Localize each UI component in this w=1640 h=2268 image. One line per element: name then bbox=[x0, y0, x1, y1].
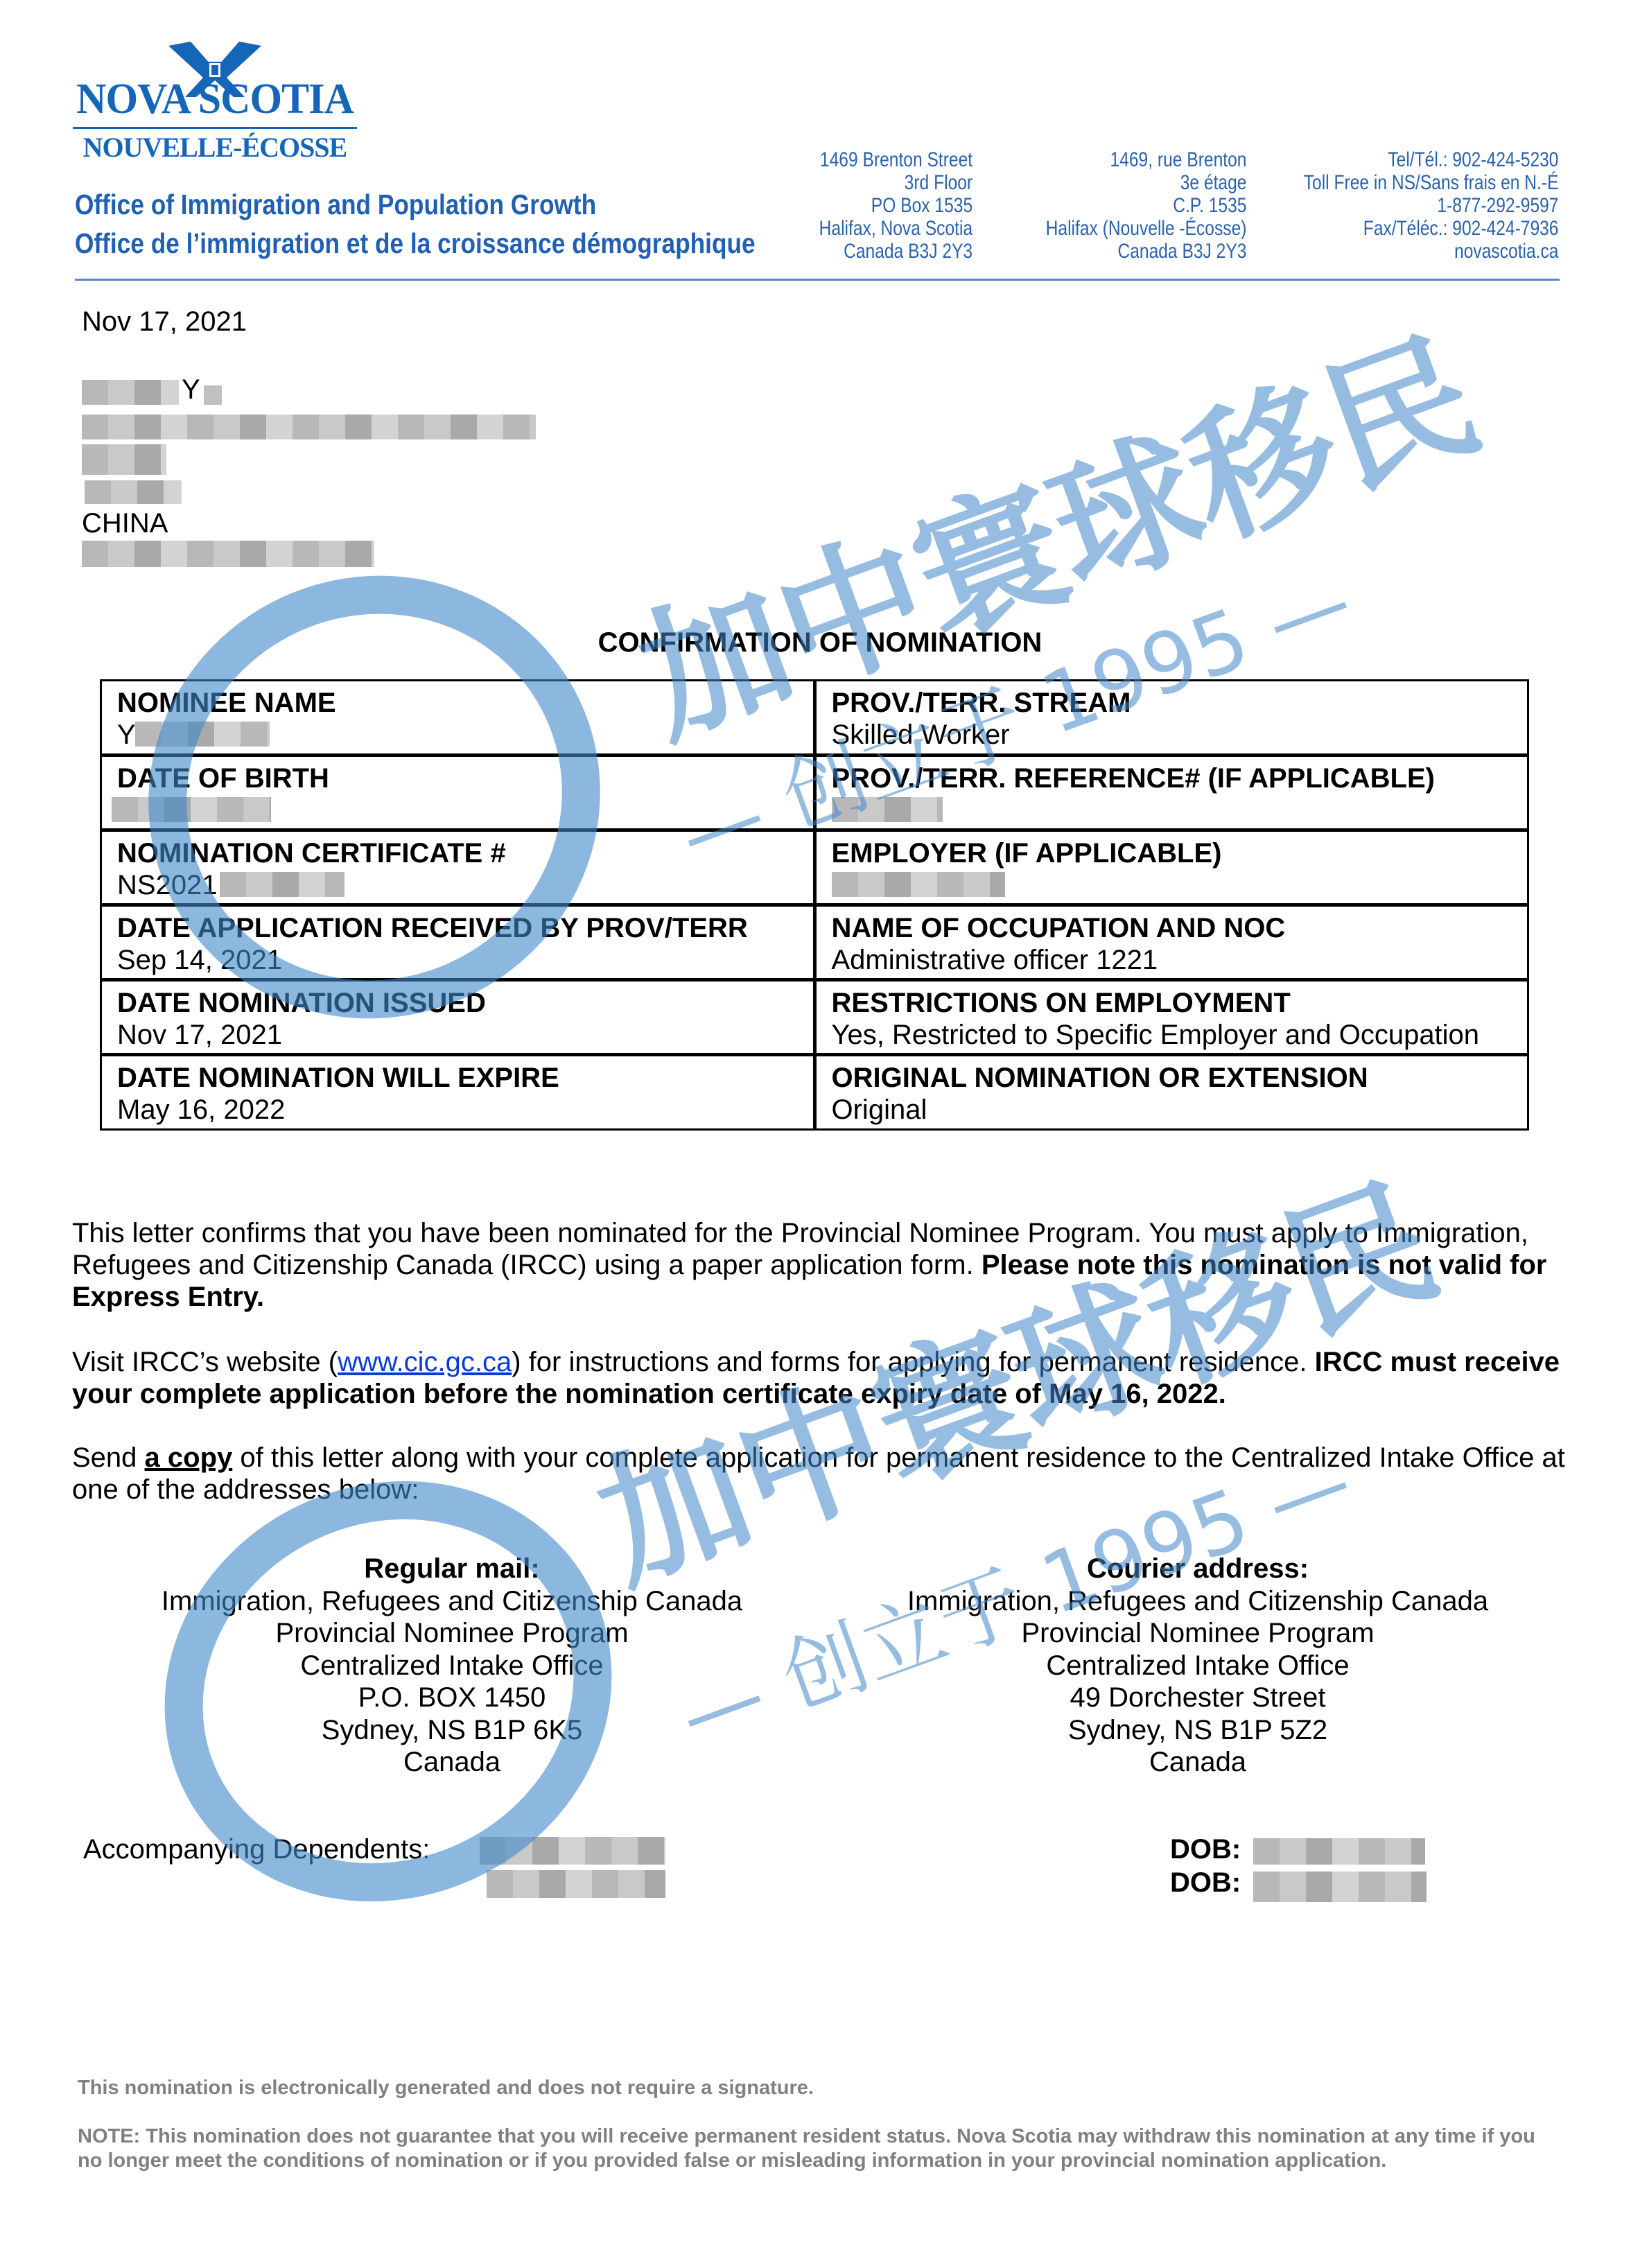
contact-info: Tel/Tél.: 902-424-5230 Toll Free in NS/S… bbox=[1303, 148, 1558, 263]
redacted-recipient-postal bbox=[82, 541, 374, 567]
office-name-fr: Office de l’immigration et de la croissa… bbox=[75, 227, 756, 260]
date-expire-value: May 16, 2022 bbox=[117, 1094, 798, 1126]
dob-label-2: DOB: bbox=[1170, 1867, 1241, 1899]
date-of-birth-cell: DATE OF BIRTH bbox=[101, 756, 815, 830]
nomination-type-value: Original bbox=[832, 1094, 1512, 1126]
redacted-recipient-suffix bbox=[204, 385, 222, 405]
restrictions-value: Yes, Restricted to Specific Employer and… bbox=[832, 1019, 1512, 1051]
paragraph-send-copy: Send a copy of this letter along with yo… bbox=[72, 1442, 1569, 1506]
disclaimer-note: NOTE: This nomination does not guarantee… bbox=[78, 2125, 1554, 2173]
address-en: 1469 Brenton Street 3rd Floor PO Box 153… bbox=[819, 148, 972, 263]
date-received-value: Sep 14, 2021 bbox=[117, 944, 798, 976]
redacted-dependent-1 bbox=[480, 1837, 665, 1865]
stream-cell: PROV./TERR. STREAM Skilled Worker bbox=[814, 681, 1528, 756]
website-link[interactable]: novascotia.ca bbox=[1303, 240, 1558, 263]
table-row: NOMINEE NAME Y PROV./TERR. STREAM Skille… bbox=[101, 681, 1528, 756]
certificate-number-value: NS2021 bbox=[117, 870, 218, 900]
occupation-value: Administrative officer 1221 bbox=[832, 944, 1512, 976]
logo-rule bbox=[73, 127, 357, 129]
stream-value: Skilled Worker bbox=[832, 719, 1512, 751]
table-row: DATE NOMINATION ISSUED Nov 17, 2021 REST… bbox=[101, 980, 1528, 1055]
nominee-name-value: Y bbox=[117, 719, 136, 750]
letter-date: Nov 17, 2021 bbox=[82, 306, 247, 338]
regular-mail-address: Regular mail: Immigration, Refugees and … bbox=[105, 1553, 799, 1779]
paragraph-confirmation: This letter confirms that you have been … bbox=[72, 1217, 1569, 1313]
recipient-country: CHINA bbox=[82, 508, 168, 539]
redacted-recipient-province bbox=[85, 480, 182, 504]
redacted-nominee-name bbox=[135, 722, 270, 747]
certificate-number-cell: NOMINATION CERTIFICATE # NS2021 bbox=[101, 830, 815, 905]
nova-scotia-logo: NOVA SCOTIA NOUVELLE-ÉCOSSE bbox=[73, 42, 357, 163]
redacted-dob-2 bbox=[1253, 1872, 1427, 1902]
recipient-name: Y bbox=[182, 374, 200, 405]
document-title: CONFIRMATION OF NOMINATION bbox=[0, 627, 1640, 658]
logo-name-fr: NOUVELLE-ÉCOSSE bbox=[73, 134, 357, 162]
redacted-recipient-firstname bbox=[82, 380, 179, 405]
redacted-dob-1 bbox=[1253, 1838, 1425, 1865]
redacted-dependent-2 bbox=[487, 1870, 665, 1898]
table-row: DATE APPLICATION RECEIVED BY PROV/TERR S… bbox=[101, 905, 1528, 980]
address-fr: 1469, rue Brenton 3e étage C.P. 1535 Hal… bbox=[1045, 148, 1246, 263]
nomination-type-cell: ORIGINAL NOMINATION OR EXTENSION Origina… bbox=[814, 1055, 1528, 1130]
occupation-cell: NAME OF OCCUPATION AND NOC Administrativ… bbox=[814, 905, 1528, 980]
nomination-details-table: NOMINEE NAME Y PROV./TERR. STREAM Skille… bbox=[100, 679, 1529, 1131]
date-expire-cell: DATE NOMINATION WILL EXPIRE May 16, 2022 bbox=[101, 1055, 815, 1130]
watermark-overlay: 加中寰球移民 加中寰球移民 — 创立于 1995 — — 创立于 1995 — bbox=[0, 0, 1640, 2268]
date-issued-value: Nov 17, 2021 bbox=[117, 1019, 798, 1051]
dependents-label: Accompanying Dependents: bbox=[83, 1834, 430, 1865]
nominee-name-cell: NOMINEE NAME Y bbox=[101, 681, 815, 756]
courier-address: Courier address: Immigration, Refugees a… bbox=[851, 1553, 1544, 1779]
signature-note: This nomination is electronically genera… bbox=[78, 2076, 1554, 2100]
date-issued-cell: DATE NOMINATION ISSUED Nov 17, 2021 bbox=[101, 980, 815, 1055]
office-name-en: Office of Immigration and Population Gro… bbox=[75, 189, 596, 221]
table-row: DATE NOMINATION WILL EXPIRE May 16, 2022… bbox=[101, 1055, 1528, 1130]
redacted-certificate-suffix bbox=[220, 872, 344, 897]
logo-name-en: NOVA SCOTIA bbox=[73, 77, 357, 121]
dob-label-1: DOB: bbox=[1170, 1834, 1241, 1865]
table-row: NOMINATION CERTIFICATE # NS2021 EMPLOYER… bbox=[101, 830, 1528, 905]
redacted-employer bbox=[832, 872, 1005, 897]
redacted-recipient-city bbox=[82, 444, 166, 475]
reference-number-cell: PROV./TERR. REFERENCE# (IF APPLICABLE) bbox=[814, 756, 1528, 830]
redacted-recipient-address bbox=[82, 415, 536, 439]
redacted-date-of-birth bbox=[112, 797, 271, 822]
ircc-website-link[interactable]: www.cic.gc.ca bbox=[338, 1347, 512, 1377]
employer-cell: EMPLOYER (IF APPLICABLE) bbox=[814, 830, 1528, 905]
table-row: DATE OF BIRTH PROV./TERR. REFERENCE# (IF… bbox=[101, 756, 1528, 830]
paragraph-ircc-website: Visit IRCC’s website (www.cic.gc.ca) for… bbox=[72, 1346, 1569, 1410]
header-divider bbox=[75, 279, 1560, 281]
date-received-cell: DATE APPLICATION RECEIVED BY PROV/TERR S… bbox=[101, 905, 815, 980]
redacted-reference-number bbox=[832, 797, 943, 822]
restrictions-cell: RESTRICTIONS ON EMPLOYMENT Yes, Restrict… bbox=[814, 980, 1528, 1055]
